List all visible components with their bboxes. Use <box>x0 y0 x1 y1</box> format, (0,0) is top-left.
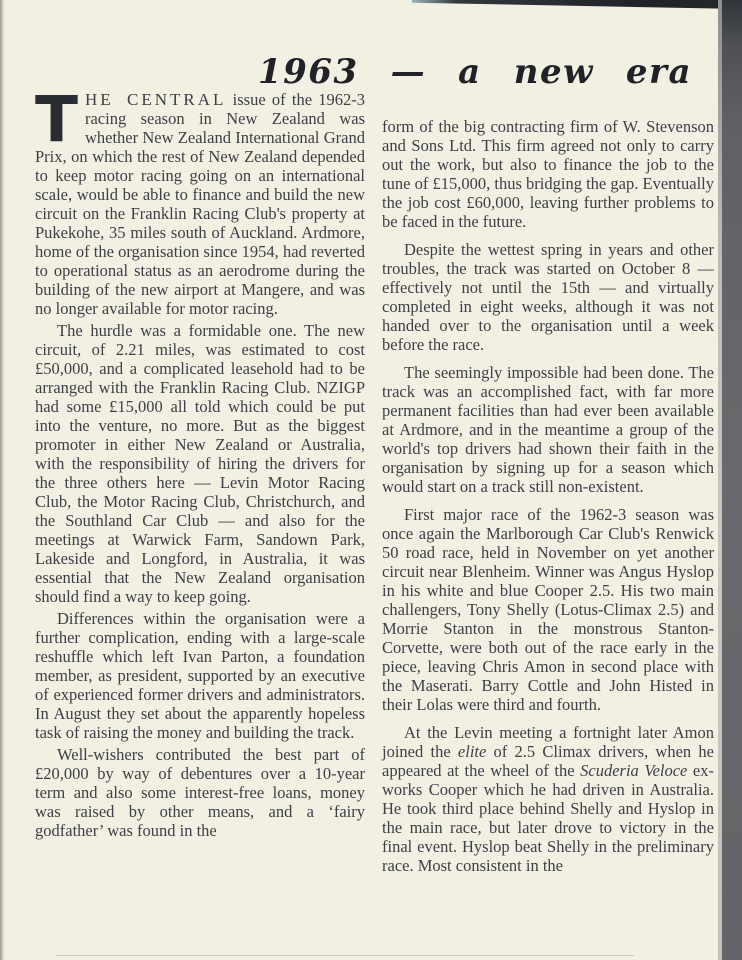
paragraph: Well-wishers contributed the best part o… <box>35 745 365 840</box>
opening-paragraph: THE CENTRAL issue of the 1962-3 racing s… <box>35 90 365 318</box>
text-run: Differences within the organisation were… <box>35 609 365 742</box>
page: 1963 — a new era THE CENTRAL issue of th… <box>4 0 722 960</box>
text-run: form of the big contracting firm of W. S… <box>382 117 714 231</box>
text-run: First major race of the 1962-3 season wa… <box>382 505 714 714</box>
text-run: The seemingly impossible had been done. … <box>382 363 714 496</box>
paragraph: form of the big contracting firm of W. S… <box>382 117 714 231</box>
paragraph: The hurdle was a formidable one. The new… <box>35 321 365 606</box>
paragraph: The seemingly impossible had been done. … <box>382 363 714 496</box>
left-column-paragraphs: The hurdle was a formidable one. The new… <box>35 321 365 840</box>
paragraph: Despite the wettest spring in years and … <box>382 240 714 354</box>
paragraph: First major race of the 1962-3 season wa… <box>382 505 714 714</box>
lead-in-caps: HE CENTRAL <box>85 90 226 109</box>
right-column-paragraphs: form of the big contracting firm of W. S… <box>382 117 714 875</box>
opening-paragraph-text: issue of the 1962-3 racing season in New… <box>35 90 365 318</box>
chapter-title: 1963 — a new era <box>258 52 692 92</box>
book-page-scan: 1963 — a new era THE CENTRAL issue of th… <box>0 0 742 960</box>
text-run: Well-wishers contributed the best part o… <box>35 745 365 840</box>
paragraph: At the Levin meeting a fortnight later A… <box>382 723 714 875</box>
text-run: Scuderia Veloce <box>580 761 687 780</box>
text-run: The hurdle was a formidable one. The new… <box>35 321 365 606</box>
text-run: elite <box>458 742 486 761</box>
left-column: THE CENTRAL issue of the 1962-3 racing s… <box>35 90 365 884</box>
two-column-text: THE CENTRAL issue of the 1962-3 racing s… <box>35 90 714 884</box>
drop-cap: T <box>35 90 85 146</box>
scan-right-edge <box>722 0 742 960</box>
right-column: form of the big contracting firm of W. S… <box>382 117 714 884</box>
paragraph: Differences within the organisation were… <box>35 609 365 742</box>
text-run: Despite the wettest spring in years and … <box>382 240 714 354</box>
